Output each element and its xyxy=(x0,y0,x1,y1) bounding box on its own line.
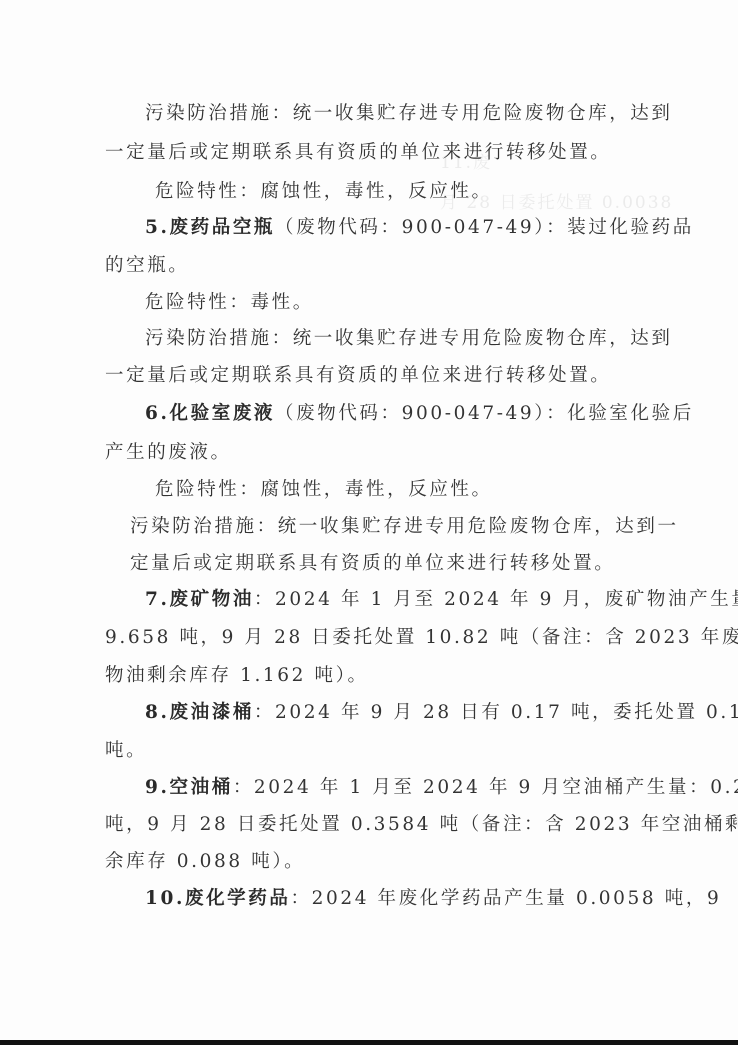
paragraph-line: 产生的废液。 xyxy=(105,441,232,465)
paragraph-line: 一定量后或定期联系具有资质的单位来进行转移处置。 xyxy=(105,364,611,388)
section-text: ：2024 年 9 月 28 日有 0.17 吨，委托处置 0.17 xyxy=(254,702,738,723)
section-9-line: 9.空油桶：2024 年 1 月至 2024 年 9 月空油桶产生量：0.270… xyxy=(145,776,738,800)
section-text: （废物代码：900-047-49）：化验室化验后 xyxy=(275,403,694,424)
section-text: （废物代码：900-047-49）：装过化验药品 xyxy=(275,217,694,238)
page-bottom-edge xyxy=(0,1040,738,1045)
section-text: ：2024 年 1 月至 2024 年 9 月空油桶产生量：0.2704 xyxy=(233,777,738,798)
section-6-line: 6.化验室废液（废物代码：900-047-49）：化验室化验后 xyxy=(145,402,694,426)
section-8-line: 8.废油漆桶：2024 年 9 月 28 日有 0.17 吨，委托处置 0.17 xyxy=(145,701,738,725)
paragraph-line: 的空瓶。 xyxy=(105,254,189,278)
section-heading: 9.空油桶 xyxy=(145,777,233,798)
paragraph-line: 余库存 0.088 吨）。 xyxy=(105,850,305,874)
section-text: ：2024 年 1 月至 2024 年 9 月，废矿物油产生量 xyxy=(254,589,738,610)
paragraph-line: 污染防治措施：统一收集贮存进专用危险废物仓库，达到 xyxy=(145,102,673,126)
paragraph-line: 一定量后或定期联系具有资质的单位来进行转移处置。 xyxy=(105,141,611,165)
section-heading: 7.废矿物油 xyxy=(145,589,254,610)
paragraph-line: 物油剩余库存 1.162 吨）。 xyxy=(105,664,369,688)
document-page: 11.废 月 28 日委托处置 0.0038 污染防治措施：统一收集贮存进专用危… xyxy=(0,0,738,1040)
section-heading: 8.废油漆桶 xyxy=(145,702,254,723)
paragraph-line: 污染防治措施：统一收集贮存进专用危险废物仓库，达到一 xyxy=(130,515,679,539)
paragraph-line: 危险特性：毒性。 xyxy=(145,291,314,315)
section-heading: 6.化验室废液 xyxy=(145,403,275,424)
paragraph-line: 9.658 吨，9 月 28 日委托处置 10.82 吨（备注：含 2023 年… xyxy=(105,626,738,650)
section-text: ：2024 年废化学药品产生量 0.0058 吨，9 xyxy=(291,888,722,909)
section-5-line: 5.废药品空瓶（废物代码：900-047-49）：装过化验药品 xyxy=(145,216,694,240)
paragraph-line: 污染防治措施：统一收集贮存进专用危险废物仓库，达到 xyxy=(145,327,673,351)
section-heading: 10.废化学药品 xyxy=(145,888,291,909)
paragraph-line: 吨。 xyxy=(105,739,147,763)
section-7-line: 7.废矿物油：2024 年 1 月至 2024 年 9 月，废矿物油产生量 xyxy=(145,588,738,612)
paragraph-line: 危险特性：腐蚀性，毒性，反应性。 xyxy=(155,478,493,502)
paragraph-line: 危险特性：腐蚀性，毒性，反应性。 xyxy=(155,180,493,204)
paragraph-line: 吨，9 月 28 日委托处置 0.3584 吨（备注：含 2023 年空油桶剩 xyxy=(105,813,738,837)
section-heading: 5.废药品空瓶 xyxy=(145,217,275,238)
paragraph-line: 定量后或定期联系具有资质的单位来进行转移处置。 xyxy=(130,552,615,576)
section-10-line: 10.废化学药品：2024 年废化学药品产生量 0.0058 吨，9 xyxy=(145,887,721,911)
